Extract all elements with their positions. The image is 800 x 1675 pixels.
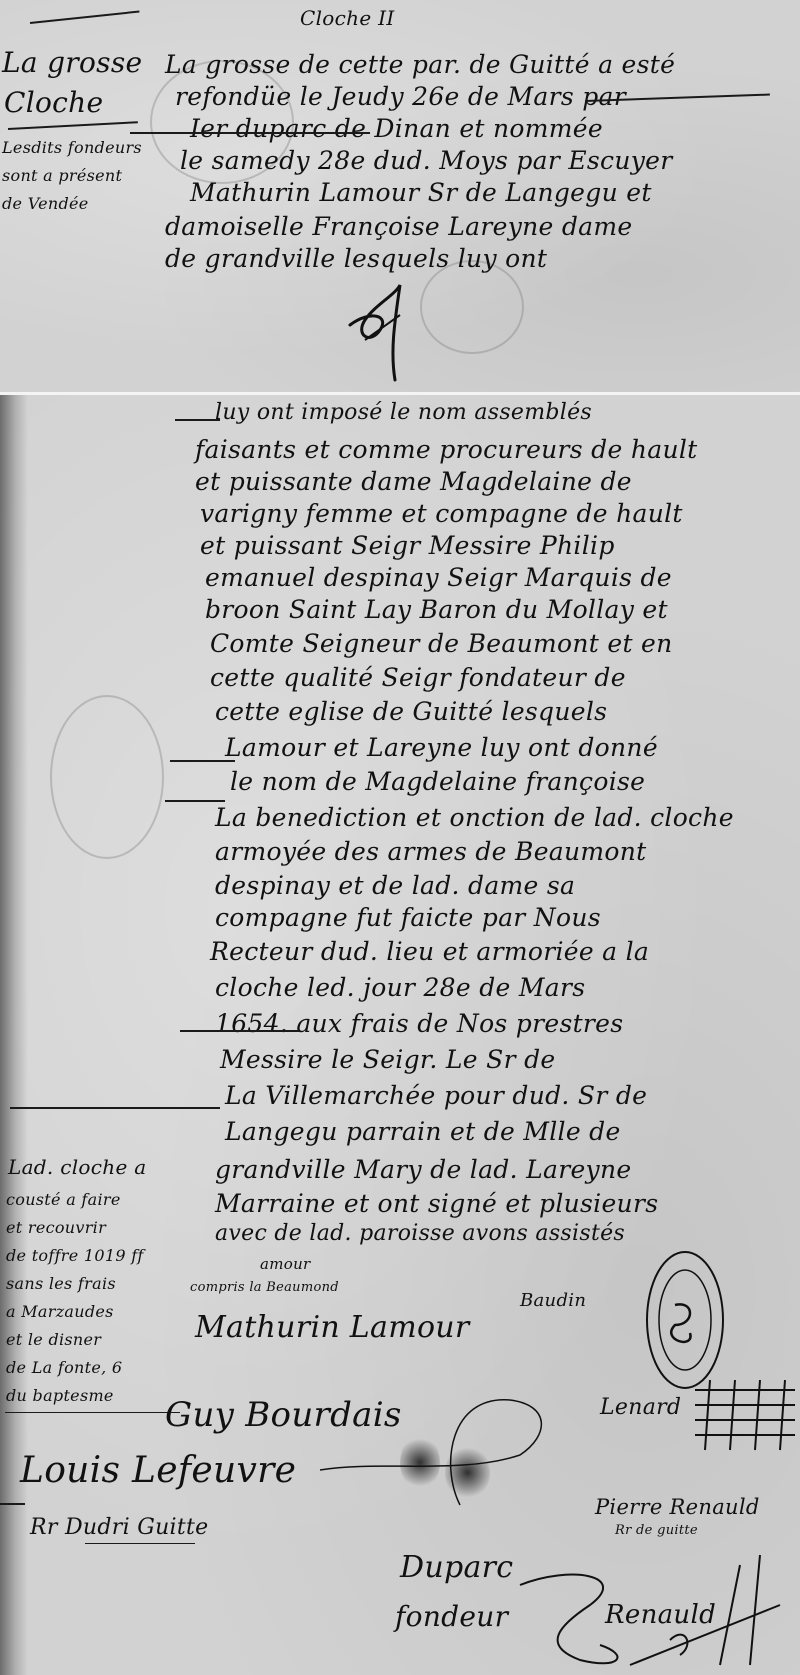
paraph-icon xyxy=(340,270,430,385)
entry2-line-6: emanuel despinay Seigr Marquis de xyxy=(205,563,672,592)
signature-rector: Rr Dudri Guitte xyxy=(30,1515,209,1540)
entry-line-6: damoiselle Françoise Lareyne dame xyxy=(165,212,632,241)
entry2-line-7: broon Saint Lay Baron du Mollay et xyxy=(205,595,668,624)
margin-note-line-3: de Vendée xyxy=(2,194,89,213)
entry-line-5: Mathurin Lamour Sr de Langegu et xyxy=(190,178,652,207)
margin-stroke xyxy=(0,1503,25,1505)
margin2-line-9: du baptesme xyxy=(6,1386,114,1405)
entry2-line-3: et puissante dame Magdelaine de xyxy=(195,467,632,496)
signature-underline xyxy=(85,1543,195,1544)
signature-lenard: Lenard xyxy=(600,1395,681,1420)
signature-guy-bourdais: Guy Bourdais xyxy=(165,1395,402,1435)
margin2-line-3: et recouvrir xyxy=(6,1218,106,1237)
margin2-line-8: de La fonte, 6 xyxy=(6,1358,122,1377)
margin2-line-5: sans les frais xyxy=(6,1274,116,1293)
watermark-stain xyxy=(420,260,524,354)
margin-rule xyxy=(5,1412,180,1413)
line-filler xyxy=(180,1030,300,1032)
entry2-line-16: compagne fut faicte par Nous xyxy=(215,903,601,932)
entry2-line-17: Recteur dud. lieu et armoriée a la xyxy=(210,937,649,966)
signature-pierre-title: Rr de guitte xyxy=(615,1523,698,1538)
signature-louis-lefeuvre: Louis Lefeuvre xyxy=(20,1450,296,1491)
entry2-line-12: le nom de Magdelaine françoise xyxy=(230,767,645,796)
register-fragment-top: Cloche II La grosse Cloche Lesdits fonde… xyxy=(0,0,800,392)
entry2-line-18: cloche led. jour 28e de Mars xyxy=(215,973,585,1002)
register-fragment-bottom: luy ont imposé le nom assemblés faisants… xyxy=(0,395,800,1675)
margin-note-line-1: Lesdits fondeurs xyxy=(2,138,142,157)
margin-title-line-1: La grosse xyxy=(2,46,142,79)
entry2-line-9: cette qualité Seigr fondateur de xyxy=(210,663,626,692)
entry2-line-21: La Villemarchée pour dud. Sr de xyxy=(225,1081,647,1110)
margin2-line-6: a Marzaudes xyxy=(6,1302,114,1321)
entry2-line-11: Lamour et Lareyne luy ont donné xyxy=(225,733,658,762)
entry2-line-22: Langegu parrain et de Mlle de xyxy=(225,1117,621,1146)
entry2-line-4: varigny femme et compagne de hault xyxy=(200,499,683,528)
margin-title-line-2: Cloche xyxy=(4,86,103,119)
line-filler xyxy=(10,1107,220,1109)
entry2-line-13: La benediction et onction de lad. cloche xyxy=(215,803,734,832)
margin2-line-4: de toffre 1019 ff xyxy=(6,1246,144,1265)
entry2-line-23: grandville Mary de lad. Lareyne xyxy=(215,1155,631,1184)
signature-fondeur: fondeur xyxy=(395,1600,508,1633)
line-filler xyxy=(165,800,225,802)
entry2-line-14: armoyée des armes de Beaumont xyxy=(215,837,647,866)
line-filler xyxy=(130,132,370,134)
entry-line-3: Ier duparc de Dinan et nommée xyxy=(190,114,603,143)
entry2-line-10: cette eglise de Guitté lesquels xyxy=(215,697,607,726)
interlinear-note: compris la Beaumond xyxy=(190,1280,339,1295)
margin2-line-7: et le disner xyxy=(6,1330,101,1349)
signature-mathurin-lamour: Mathurin Lamour xyxy=(195,1310,470,1345)
entry2-line-5: et puissant Seigr Messire Philip xyxy=(200,531,615,560)
entry2-line-2: faisants et comme procureurs de hault xyxy=(195,435,697,464)
watermark-seal xyxy=(50,695,164,859)
margin-underline xyxy=(8,121,138,130)
line-filler xyxy=(170,760,235,762)
line-filler xyxy=(175,419,220,421)
entry2-line-24: Marraine et ont signé et plusieurs xyxy=(215,1189,658,1218)
entry2-line-20: Messire le Seigr. Le Sr de xyxy=(220,1045,555,1074)
entry2-line-25: avec de lad. paroisse avons assistés xyxy=(215,1221,625,1246)
ink-blot xyxy=(445,1445,490,1500)
signature-crosshatch-icon xyxy=(690,1380,800,1460)
entry-line-4: le samedy 28e dud. Moys par Escuyer xyxy=(180,146,673,175)
signature-baudin: Baudin xyxy=(520,1290,586,1311)
margin-stroke xyxy=(30,11,140,24)
signature-duparc: Duparc xyxy=(400,1550,513,1585)
signature-renauld: Renauld xyxy=(605,1600,716,1630)
entry-line-2: refondüe le Jeudy 26e de Mars par xyxy=(175,82,626,111)
entry-line-1: La grosse de cette par. de Guitté a esté xyxy=(165,50,675,79)
entry2-line-1: luy ont imposé le nom assemblés xyxy=(215,400,592,425)
entry2-line-15: despinay et de lad. dame sa xyxy=(215,871,575,900)
signature-paraph-loop-icon xyxy=(640,1245,730,1395)
ink-blot xyxy=(400,1435,440,1490)
margin2-line-2: cousté a faire xyxy=(6,1190,121,1209)
margin2-line-1: Lad. cloche a xyxy=(8,1155,146,1179)
entry-line-7: de grandville lesquels luy ont xyxy=(165,244,547,273)
margin-note-line-2: sont a présent xyxy=(2,166,122,185)
interlinear-note: amour xyxy=(260,1255,311,1273)
entry2-line-19: 1654. aux frais de Nos prestres xyxy=(215,1009,623,1038)
signature-pierre-renauld: Pierre Renauld xyxy=(595,1495,760,1519)
bell-heading: Cloche II xyxy=(300,6,395,30)
entry2-line-8: Comte Seigneur de Beaumont et en xyxy=(210,629,673,658)
